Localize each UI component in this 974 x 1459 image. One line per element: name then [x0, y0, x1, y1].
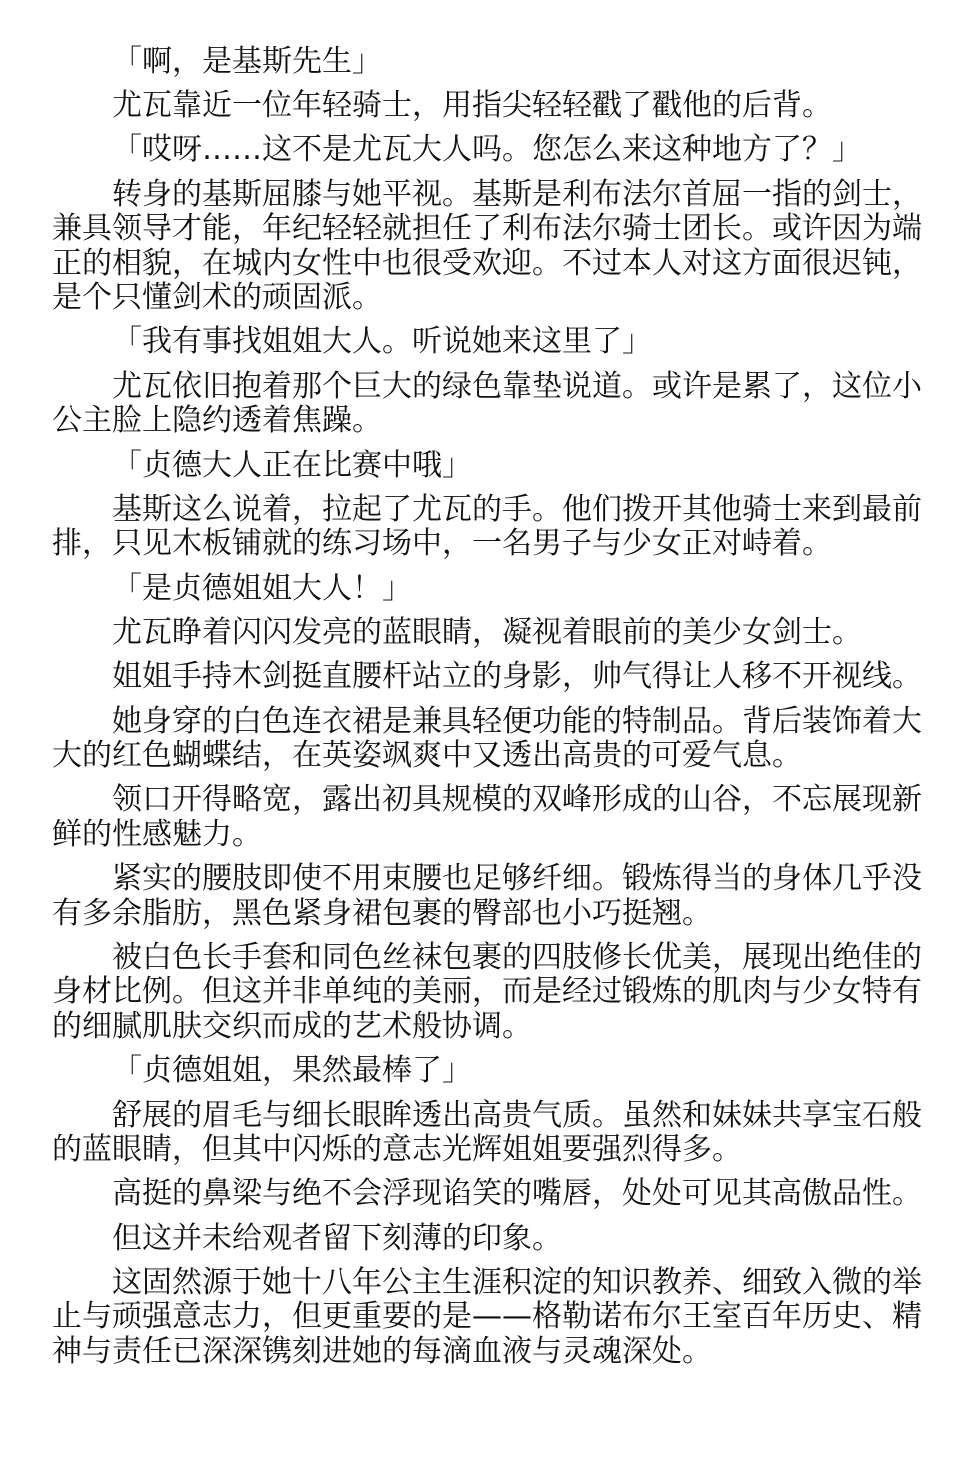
text-line: 基斯这么说着，拉起了尤瓦的手。他们拨开其他骑士来到最前: [52, 493, 922, 528]
text-line: 身材比例。但这并非单纯的美丽，而是经过锻炼的肌肉与少女特有: [52, 975, 922, 1010]
paragraph: 姐姐手持木剑挺直腰杆站立的身影，帅气得让人移不开视线。: [52, 660, 922, 695]
document-page: 「啊，是基斯先生」 尤瓦靠近一位年轻骑士，用指尖轻轻戳了戳他的后背。 「哎呀………: [52, 45, 922, 1379]
text-line: 她身穿的白色连衣裙是兼具轻便功能的特制品。背后装饰着大: [52, 705, 922, 740]
text-line: 兼具领导才能，年纪轻轻就担任了利布法尔骑士团长。或许因为端: [52, 212, 922, 247]
text-line: 舒展的眉毛与细长眼眸透出高贵气质。虽然和妹妹共享宝石般: [52, 1099, 922, 1134]
text-line: 大的红色蝴蝶结，在英姿飒爽中又透出高贵的可爱气息。: [52, 739, 922, 774]
paragraph: 这固然源于她十八年公主生涯积淀的知识教养、细致入微的举 止与顽强意志力，但更重要…: [52, 1266, 922, 1370]
text-line: 高挺的鼻梁与绝不会浮现谄笑的嘴唇，处处可见其高傲品性。: [52, 1177, 922, 1212]
text-line: 「我有事找姐姐大人。听说她来这里了」: [52, 325, 922, 360]
text-line: 神与责任已深深镌刻进她的每滴血液与灵魂深处。: [52, 1335, 922, 1370]
text-line: 的蓝眼睛，但其中闪烁的意志光辉姐姐要强烈得多。: [52, 1133, 922, 1168]
text-line: 姐姐手持木剑挺直腰杆站立的身影，帅气得让人移不开视线。: [52, 660, 922, 695]
text-line: 被白色长手套和同色丝袜包裹的四肢修长优美，展现出绝佳的: [52, 941, 922, 976]
text-line: 紧实的腰肢即使不用束腰也足够纤细。锻炼得当的身体几乎没: [52, 862, 922, 897]
text-line: 尤瓦依旧抱着那个巨大的绿色靠垫说道。或许是累了，这位小: [52, 370, 922, 405]
paragraph: 尤瓦睁着闪闪发亮的蓝眼睛，凝视着眼前的美少女剑士。: [52, 616, 922, 651]
text-line: 但这并未给观者留下刻薄的印象。: [52, 1222, 922, 1257]
text-line: 尤瓦靠近一位年轻骑士，用指尖轻轻戳了戳他的后背。: [52, 89, 922, 124]
paragraph: 基斯这么说着，拉起了尤瓦的手。他们拨开其他骑士来到最前 排，只见木板铺就的练习场…: [52, 493, 922, 562]
text-line: 「哎呀……这不是尤瓦大人吗。您怎么来这种地方了？」: [52, 133, 922, 168]
paragraph-dialogue: 「哎呀……这不是尤瓦大人吗。您怎么来这种地方了？」: [52, 133, 922, 168]
paragraph: 尤瓦靠近一位年轻骑士，用指尖轻轻戳了戳他的后背。: [52, 89, 922, 124]
text-line: 「贞德姐姐，果然最棒了」: [52, 1054, 922, 1089]
text-line: 止与顽强意志力，但更重要的是——格勒诺布尔王室百年历史、精: [52, 1300, 922, 1335]
text-line: 「是贞德姐姐大人！」: [52, 572, 922, 607]
text-line: 正的相貌，在城内女性中也很受欢迎。不过本人对这方面很迟钝，: [52, 247, 922, 282]
paragraph: 转身的基斯屈膝与她平视。基斯是利布法尔首屈一指的剑士， 兼具领导才能，年纪轻轻就…: [52, 178, 922, 316]
text-line: 公主脸上隐约透着焦躁。: [52, 404, 922, 439]
paragraph: 舒展的眉毛与细长眼眸透出高贵气质。虽然和妹妹共享宝石般 的蓝眼睛，但其中闪烁的意…: [52, 1099, 922, 1168]
text-line: 领口开得略宽，露出初具规模的双峰形成的山谷，不忘展现新: [52, 783, 922, 818]
text-line: 鲜的性感魅力。: [52, 818, 922, 853]
text-line: 转身的基斯屈膝与她平视。基斯是利布法尔首屈一指的剑士，: [52, 178, 922, 213]
paragraph-dialogue: 「贞德姐姐，果然最棒了」: [52, 1054, 922, 1089]
paragraph: 高挺的鼻梁与绝不会浮现谄笑的嘴唇，处处可见其高傲品性。: [52, 1177, 922, 1212]
paragraph: 但这并未给观者留下刻薄的印象。: [52, 1222, 922, 1257]
text-line: 是个只懂剑术的顽固派。: [52, 281, 922, 316]
text-line: 有多余脂肪，黑色紧身裙包裹的臀部也小巧挺翘。: [52, 897, 922, 932]
paragraph-dialogue: 「是贞德姐姐大人！」: [52, 572, 922, 607]
text-line: 「啊，是基斯先生」: [52, 45, 922, 80]
paragraph: 领口开得略宽，露出初具规模的双峰形成的山谷，不忘展现新 鲜的性感魅力。: [52, 783, 922, 852]
paragraph-dialogue: 「贞德大人正在比赛中哦」: [52, 449, 922, 484]
paragraph: 尤瓦依旧抱着那个巨大的绿色靠垫说道。或许是累了，这位小 公主脸上隐约透着焦躁。: [52, 370, 922, 439]
paragraph-dialogue: 「啊，是基斯先生」: [52, 45, 922, 80]
text-line: 这固然源于她十八年公主生涯积淀的知识教养、细致入微的举: [52, 1266, 922, 1301]
paragraph: 她身穿的白色连衣裙是兼具轻便功能的特制品。背后装饰着大 大的红色蝴蝶结，在英姿飒…: [52, 705, 922, 774]
paragraph: 被白色长手套和同色丝袜包裹的四肢修长优美，展现出绝佳的 身材比例。但这并非单纯的…: [52, 941, 922, 1045]
text-line: 排，只见木板铺就的练习场中，一名男子与少女正对峙着。: [52, 527, 922, 562]
text-line: 「贞德大人正在比赛中哦」: [52, 449, 922, 484]
text-line: 的细腻肌肤交织而成的艺术般协调。: [52, 1010, 922, 1045]
paragraph-dialogue: 「我有事找姐姐大人。听说她来这里了」: [52, 325, 922, 360]
text-line: 尤瓦睁着闪闪发亮的蓝眼睛，凝视着眼前的美少女剑士。: [52, 616, 922, 651]
paragraph: 紧实的腰肢即使不用束腰也足够纤细。锻炼得当的身体几乎没 有多余脂肪，黑色紧身裙包…: [52, 862, 922, 931]
